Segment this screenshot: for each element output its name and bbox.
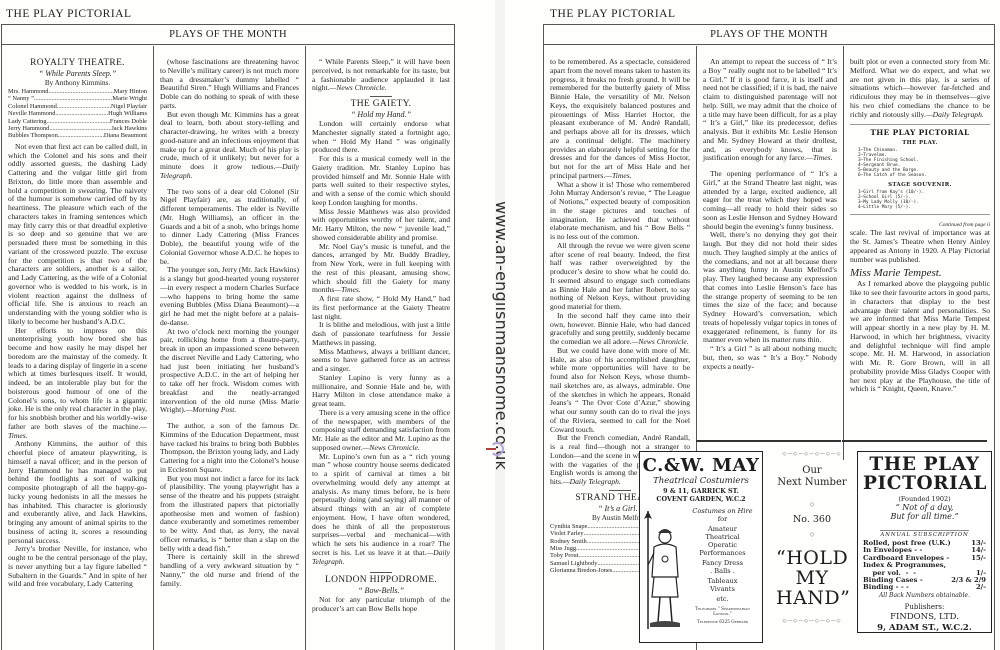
ad-hire-text: Costumes on Hire bbox=[686, 507, 759, 515]
review-paragraph: “ It’s a Girl ” is all about nothing muc… bbox=[703, 345, 837, 371]
ornament-divider: ◇—◇—◇—◇—◇—◇ bbox=[776, 618, 848, 624]
watermark-logo-icon bbox=[490, 442, 504, 456]
section-title: PLAYS OF THE MONTH bbox=[544, 25, 994, 45]
motto: “ Not of a day, bbox=[863, 503, 986, 512]
box-heading: STAGE SOUVENIR. bbox=[858, 181, 982, 190]
review-paragraph: The opening performance of “ It’s a Girl… bbox=[703, 170, 837, 231]
magazine-title: THE PLAY PICTORIAL bbox=[6, 8, 132, 20]
ad-item: Fancy Dress bbox=[686, 559, 759, 567]
ad-tagline: Theatrical Costumiers bbox=[640, 476, 762, 487]
review-paragraph: It is blithe and melodious, with just a … bbox=[312, 321, 450, 347]
review-paragraph: “ While Parents Sleep,” it will have bee… bbox=[312, 58, 450, 93]
subscription-heading: ANNUAL SUBSCRIPTION bbox=[880, 530, 968, 538]
review-paragraph: London will certainly endorse what Manch… bbox=[312, 120, 450, 155]
back-numbers-note: All Back Numbers obtainable. bbox=[863, 592, 986, 600]
article-paragraph: scale. The last revival of importance wa… bbox=[850, 229, 990, 264]
subscription-rates: Rolled, post free (U.K.)13/- In Envelope… bbox=[863, 540, 986, 592]
review-paragraph: Anthony Kimmins, the author of this chee… bbox=[8, 440, 147, 545]
plays-of-the-month-frame: PLAYS OF THE MONTH ROYALTY THEATRE. “ Wh… bbox=[1, 24, 455, 650]
next-play-title: HAND” bbox=[776, 588, 848, 608]
review-paragraph: An attempt to repeat the success of “ It… bbox=[703, 58, 837, 163]
founded-year: (Founded 1902) bbox=[863, 495, 986, 503]
ornament-divider: ◇—◇—◇—◇—◇—◇ bbox=[776, 451, 848, 457]
publisher-name: FINDONS, LTD. bbox=[863, 612, 986, 623]
review-paragraph: The two sons of a dear old Colonel (Sir … bbox=[160, 188, 299, 267]
review-paragraph: built plot or even a connected story fro… bbox=[850, 58, 990, 119]
divider bbox=[609, 490, 631, 491]
review-paragraph: Jerry’s brother Neville, for instance, w… bbox=[8, 545, 147, 589]
play-pictorial-subscription-ad: THE PLAY PICTORIAL (Founded 1902) “ Not … bbox=[857, 451, 992, 633]
ad-telegrams: Telegrams “ Shakespearian London.” bbox=[686, 606, 759, 616]
ad-telephone: Telephone 6325 Gerrard bbox=[686, 619, 759, 624]
rate-row: Binding - - -2/- bbox=[863, 584, 986, 591]
ad-item: Theatrical bbox=[686, 533, 759, 541]
review-paragraph: Not even that first act can be called du… bbox=[8, 143, 147, 327]
column-2: (whose fascinations are threatening havo… bbox=[154, 46, 305, 650]
cast-row: Neville HammondHugh Williams bbox=[8, 110, 147, 117]
list-item: 6—The Catch of the Season. bbox=[858, 173, 982, 178]
announcement-text: Our bbox=[776, 465, 848, 477]
theatre-heading: THE GAIETY. bbox=[312, 99, 450, 110]
column-3: built plot or even a connected story fro… bbox=[844, 46, 996, 460]
review-paragraph: What a show it is! Those who remembered … bbox=[550, 181, 690, 242]
box-title: THE PLAY PICTORIAL bbox=[858, 129, 982, 138]
left-page: THE PLAY PICTORIAL PLAYS OF THE MONTH RO… bbox=[0, 0, 495, 650]
list-item: 4—Little Mary (5/-). bbox=[858, 205, 982, 210]
box-heading: THE PLAY. bbox=[858, 139, 982, 148]
magazine-title: THE PLAY PICTORIAL bbox=[550, 8, 676, 20]
divider bbox=[842, 440, 987, 442]
review-paragraph: Miss Matthews, always a brilliant dancer… bbox=[312, 348, 450, 374]
back-issues-box: THE PLAY PICTORIAL THE PLAY. 1—The China… bbox=[850, 124, 990, 214]
section-title: PLAYS OF THE MONTH bbox=[2, 25, 454, 45]
review-paragraph: There is a very amusing scene in the off… bbox=[312, 409, 450, 453]
divider bbox=[370, 96, 392, 97]
ad-address: COVENT GARDEN, W.C.2 bbox=[640, 495, 762, 503]
next-number-announcement: ◇—◇—◇—◇—◇—◇ Our Next Number ◇ No. 360 ◇ … bbox=[776, 451, 848, 643]
review-paragraph: All through the revue we were given scen… bbox=[550, 242, 690, 312]
review-paragraph: Mr. Lupino’s own fun as a “ rich young m… bbox=[312, 453, 450, 567]
column-1: ROYALTY THEATRE. “ While Parents Sleep.”… bbox=[2, 46, 153, 650]
theatre-heading: LONDON HIPPODROME. bbox=[312, 575, 450, 586]
review-paragraph: The author, a son of the famous Dr. Kimm… bbox=[160, 422, 299, 475]
divider bbox=[370, 572, 392, 573]
announcement-text: Next Number bbox=[776, 477, 848, 489]
review-paragraph: Well, there’s no denying they got their … bbox=[703, 231, 837, 345]
review-paragraph: But we could have done with more of Mr. … bbox=[550, 347, 690, 435]
publishers-label: Publishers: bbox=[863, 603, 986, 612]
diamond-ornament-icon: ◇ bbox=[776, 531, 848, 538]
review-paragraph: Stanley Lupino is very funny as a millio… bbox=[312, 374, 450, 409]
cast-list: Mrs. HammondMary Hinton “ Nanny ”Marie W… bbox=[8, 88, 147, 140]
ad-item: Amateur bbox=[686, 525, 759, 533]
ad-company-name: C.&W. MAY bbox=[640, 456, 762, 476]
review-paragraph: Not for any particular triumph of the pr… bbox=[312, 596, 450, 614]
review-paragraph: The younger son, Jerry (Mr. Jack Hawkins… bbox=[160, 266, 299, 327]
theatre-heading: ROYALTY THEATRE. bbox=[8, 58, 147, 69]
publisher-address: 9, ADAM ST., W.C.2. bbox=[863, 623, 986, 634]
column-2: An attempt to repeat the success of “ It… bbox=[697, 46, 843, 450]
cast-row: Bubbles ThompsonDiana Beaumont bbox=[8, 132, 147, 139]
play-title: “ While Parents Sleep.” bbox=[8, 69, 147, 79]
review-paragraph: In the second half they came into their … bbox=[550, 312, 690, 347]
halberdier-illustration-icon bbox=[640, 507, 686, 632]
review-paragraph: For this is a musical comedy well in the… bbox=[312, 155, 450, 208]
cast-row: Mrs. HammondMary Hinton bbox=[8, 88, 147, 95]
review-paragraph: (whose fascinations are threatening havo… bbox=[160, 58, 299, 111]
review-paragraph: At two o’clock next morning the younger … bbox=[160, 328, 299, 416]
cast-row: Jerry HammondJack Hawkins bbox=[8, 125, 147, 132]
ad-item: Operatic bbox=[686, 541, 759, 549]
ad-item: etc. bbox=[686, 595, 759, 603]
column-3: “ While Parents Sleep,” it will have bee… bbox=[306, 46, 456, 650]
review-paragraph: But you must not indict a farce for its … bbox=[160, 475, 299, 554]
ad-item: . Balls . bbox=[686, 567, 759, 575]
ad-address: 9 & 11, GARRICK ST. bbox=[640, 487, 762, 495]
cw-may-advertisement: C.&W. MAY Theatrical Costumiers 9 & 11, … bbox=[639, 451, 763, 643]
review-paragraph: Her efforts to impress on this unenterpr… bbox=[8, 327, 147, 441]
cast-row: Lady CatteringFrances Doble bbox=[8, 118, 147, 125]
motto: But for all time.” bbox=[863, 512, 986, 521]
next-play-title: “HOLD bbox=[776, 548, 848, 568]
divider bbox=[696, 440, 841, 442]
next-play-title: MY bbox=[776, 568, 848, 588]
review-paragraph: Miss Jessie Matthews was also provided w… bbox=[312, 208, 450, 243]
ad-item: Vivants bbox=[686, 585, 759, 593]
ad-item: Tableaux bbox=[686, 577, 759, 585]
review-paragraph: to be remembered. As a spectacle, consid… bbox=[550, 58, 690, 181]
review-paragraph: A first rate show, “ Hold My Hand,” had … bbox=[312, 295, 450, 321]
article-paragraph: As I remarked above the playgoing public… bbox=[850, 280, 990, 394]
cast-row: Colonel HammondNigel Playfair bbox=[8, 103, 147, 110]
ad-masthead: PICTORIAL bbox=[863, 474, 986, 493]
ad-item: Performances bbox=[686, 549, 759, 557]
review-paragraph: There is certainly skill in the shrewd h… bbox=[160, 553, 299, 588]
play-author: By Anthony Kimmins. bbox=[8, 79, 147, 88]
diamond-ornament-icon: ◇ bbox=[776, 501, 848, 508]
issue-number: No. 360 bbox=[776, 514, 848, 525]
cast-row: “ Nanny ”Marie Wright bbox=[8, 95, 147, 102]
review-paragraph: Mr. Noel Gay’s music is tuneful, and the… bbox=[312, 243, 450, 296]
ad-text: for bbox=[686, 515, 759, 523]
review-paragraph: But even though Mr. Kimmins has a great … bbox=[160, 111, 299, 181]
ad-masthead: THE PLAY bbox=[863, 455, 986, 474]
